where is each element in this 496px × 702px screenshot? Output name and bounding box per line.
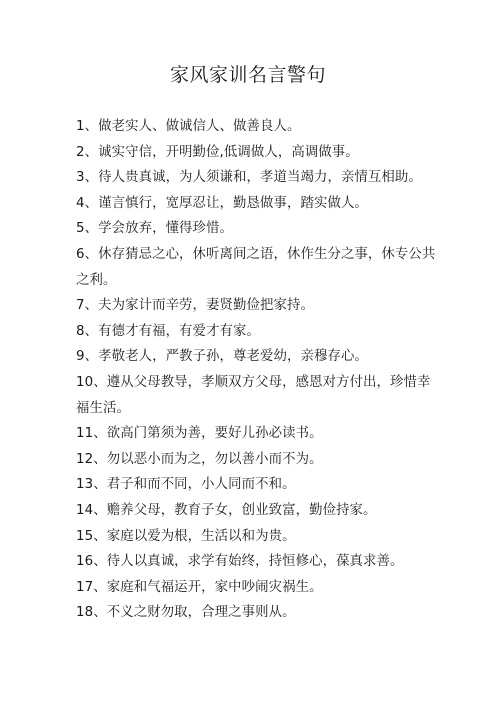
quote-item-12: 12、勿以恶小而为之，勿以善小而不为。 <box>76 447 436 473</box>
quote-item-16: 16、待人以真诚，求学有始终，持恒修心，葆真求善。 <box>76 549 436 575</box>
quote-item-18: 18、不义之财勿取，合理之事则从。 <box>76 600 436 626</box>
quote-item-13: 13、君子和而不同，小人同而不和。 <box>76 472 436 498</box>
quote-item-8: 8、有德才有福，有爱才有家。 <box>76 319 436 345</box>
document-title: 家风家训名言警句 <box>0 62 496 88</box>
quote-item-14: 14、赡养父母，教育子女，创业致富，勤俭持家。 <box>76 498 436 524</box>
quote-item-1: 1、做老实人、做诚信人、做善良人。 <box>76 114 436 140</box>
quote-item-9: 9、孝敬老人，严教子孙，尊老爱幼，亲穆存心。 <box>76 344 436 370</box>
quote-item-10: 10、遵从父母教导，孝顺双方父母，感恩对方付出，珍惜幸福生活。 <box>76 370 436 421</box>
document-page: 家风家训名言警句 1、做老实人、做诚信人、做善良人。 2、诚实守信，开明勤俭,低… <box>0 0 496 702</box>
quote-list: 1、做老实人、做诚信人、做善良人。 2、诚实守信，开明勤俭,低调做人，高调做事。… <box>76 114 436 626</box>
quote-item-5: 5、学会放弃，懂得珍惜。 <box>76 216 436 242</box>
quote-item-17: 17、家庭和气福运开，家中吵闹灾祸生。 <box>76 575 436 601</box>
quote-item-11: 11、欲高门第须为善，要好儿孙必读书。 <box>76 421 436 447</box>
quote-item-6: 6、休存猜忌之心，休听离间之语，休作生分之事，休专公共之利。 <box>76 242 436 293</box>
quote-item-7: 7、夫为家计而辛劳，妻贤勤俭把家持。 <box>76 293 436 319</box>
quote-item-2: 2、诚实守信，开明勤俭,低调做人，高调做事。 <box>76 140 436 166</box>
quote-item-3: 3、待人贵真诚，为人须谦和，孝道当竭力，亲情互相助。 <box>76 165 436 191</box>
quote-item-15: 15、家庭以爱为根，生活以和为贵。 <box>76 524 436 550</box>
quote-item-4: 4、谨言慎行，宽厚忍让，勤恳做事，踏实做人。 <box>76 191 436 217</box>
